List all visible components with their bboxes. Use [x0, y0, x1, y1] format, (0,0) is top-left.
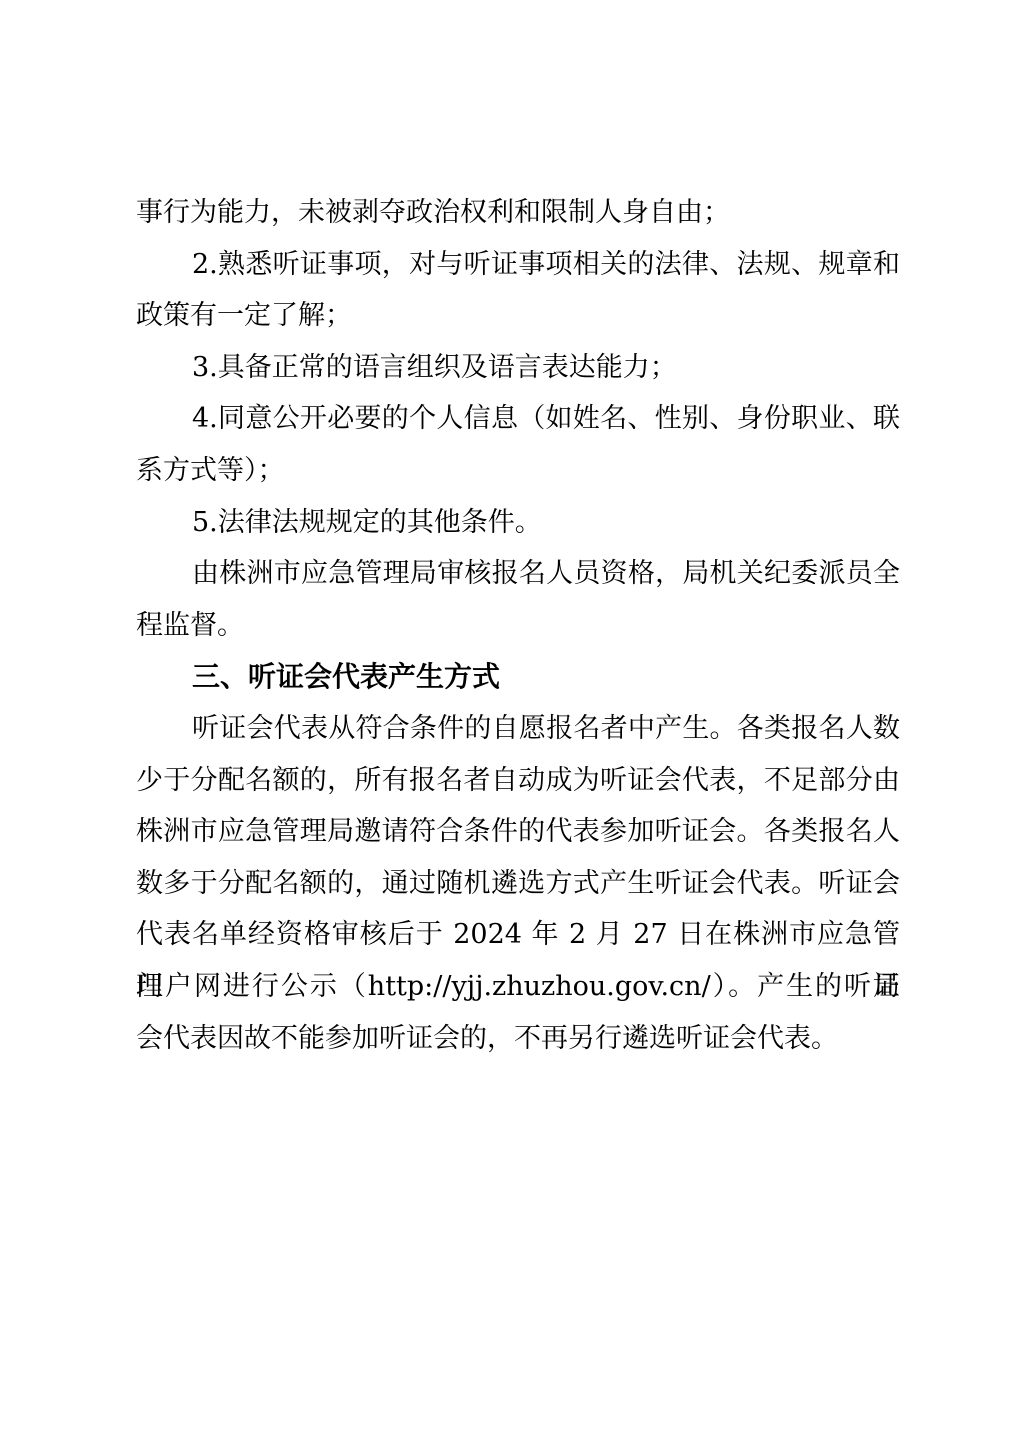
body-line-1: 事行为能力，未被剥夺政治权利和限制人身自由； [136, 187, 900, 239]
body-line-9: 程监督。 [136, 600, 900, 652]
body-line-11: 听证会代表从符合条件的自愿报名者中产生。各类报名人数 [136, 703, 900, 755]
body-line-13: 株洲市应急管理局邀请符合条件的代表参加听证会。各类报名人 [136, 806, 900, 858]
section-heading: 三、听证会代表产生方式 [136, 651, 900, 703]
body-line-8: 由株洲市应急管理局审核报名人员资格，局机关纪委派员全 [136, 548, 900, 600]
body-line-5: 4.同意公开必要的个人信息（如姓名、性别、身份职业、联 [136, 393, 900, 445]
body-line-2: 2.熟悉听证事项，对与听证事项相关的法律、法规、规章和 [136, 239, 900, 291]
body-line-15: 代表名单经资格审核后于 2024 年 2 月 27 日在株洲市应急管理局 [136, 909, 900, 961]
body-line-14: 数多于分配名额的，通过随机遴选方式产生听证会代表。听证会 [136, 858, 900, 910]
body-line-7: 5.法律法规规定的其他条件。 [136, 497, 900, 549]
body-line-17: 会代表因故不能参加听证会的，不再另行遴选听证会代表。 [136, 1013, 900, 1065]
body-line-16: 门户网进行公示（http://yjj.zhuzhou.gov.cn/）。产生的听… [136, 961, 900, 1013]
body-line-4: 3.具备正常的语言组织及语言表达能力； [136, 342, 900, 394]
body-line-12: 少于分配名额的，所有报名者自动成为听证会代表，不足部分由 [136, 755, 900, 807]
document-page: 事行为能力，未被剥夺政治权利和限制人身自由； 2.熟悉听证事项，对与听证事项相关… [0, 0, 1024, 1448]
body-line-6: 系方式等）； [136, 445, 900, 497]
body-line-3: 政策有一定了解； [136, 290, 900, 342]
document-body: 事行为能力，未被剥夺政治权利和限制人身自由； 2.熟悉听证事项，对与听证事项相关… [136, 187, 900, 1064]
